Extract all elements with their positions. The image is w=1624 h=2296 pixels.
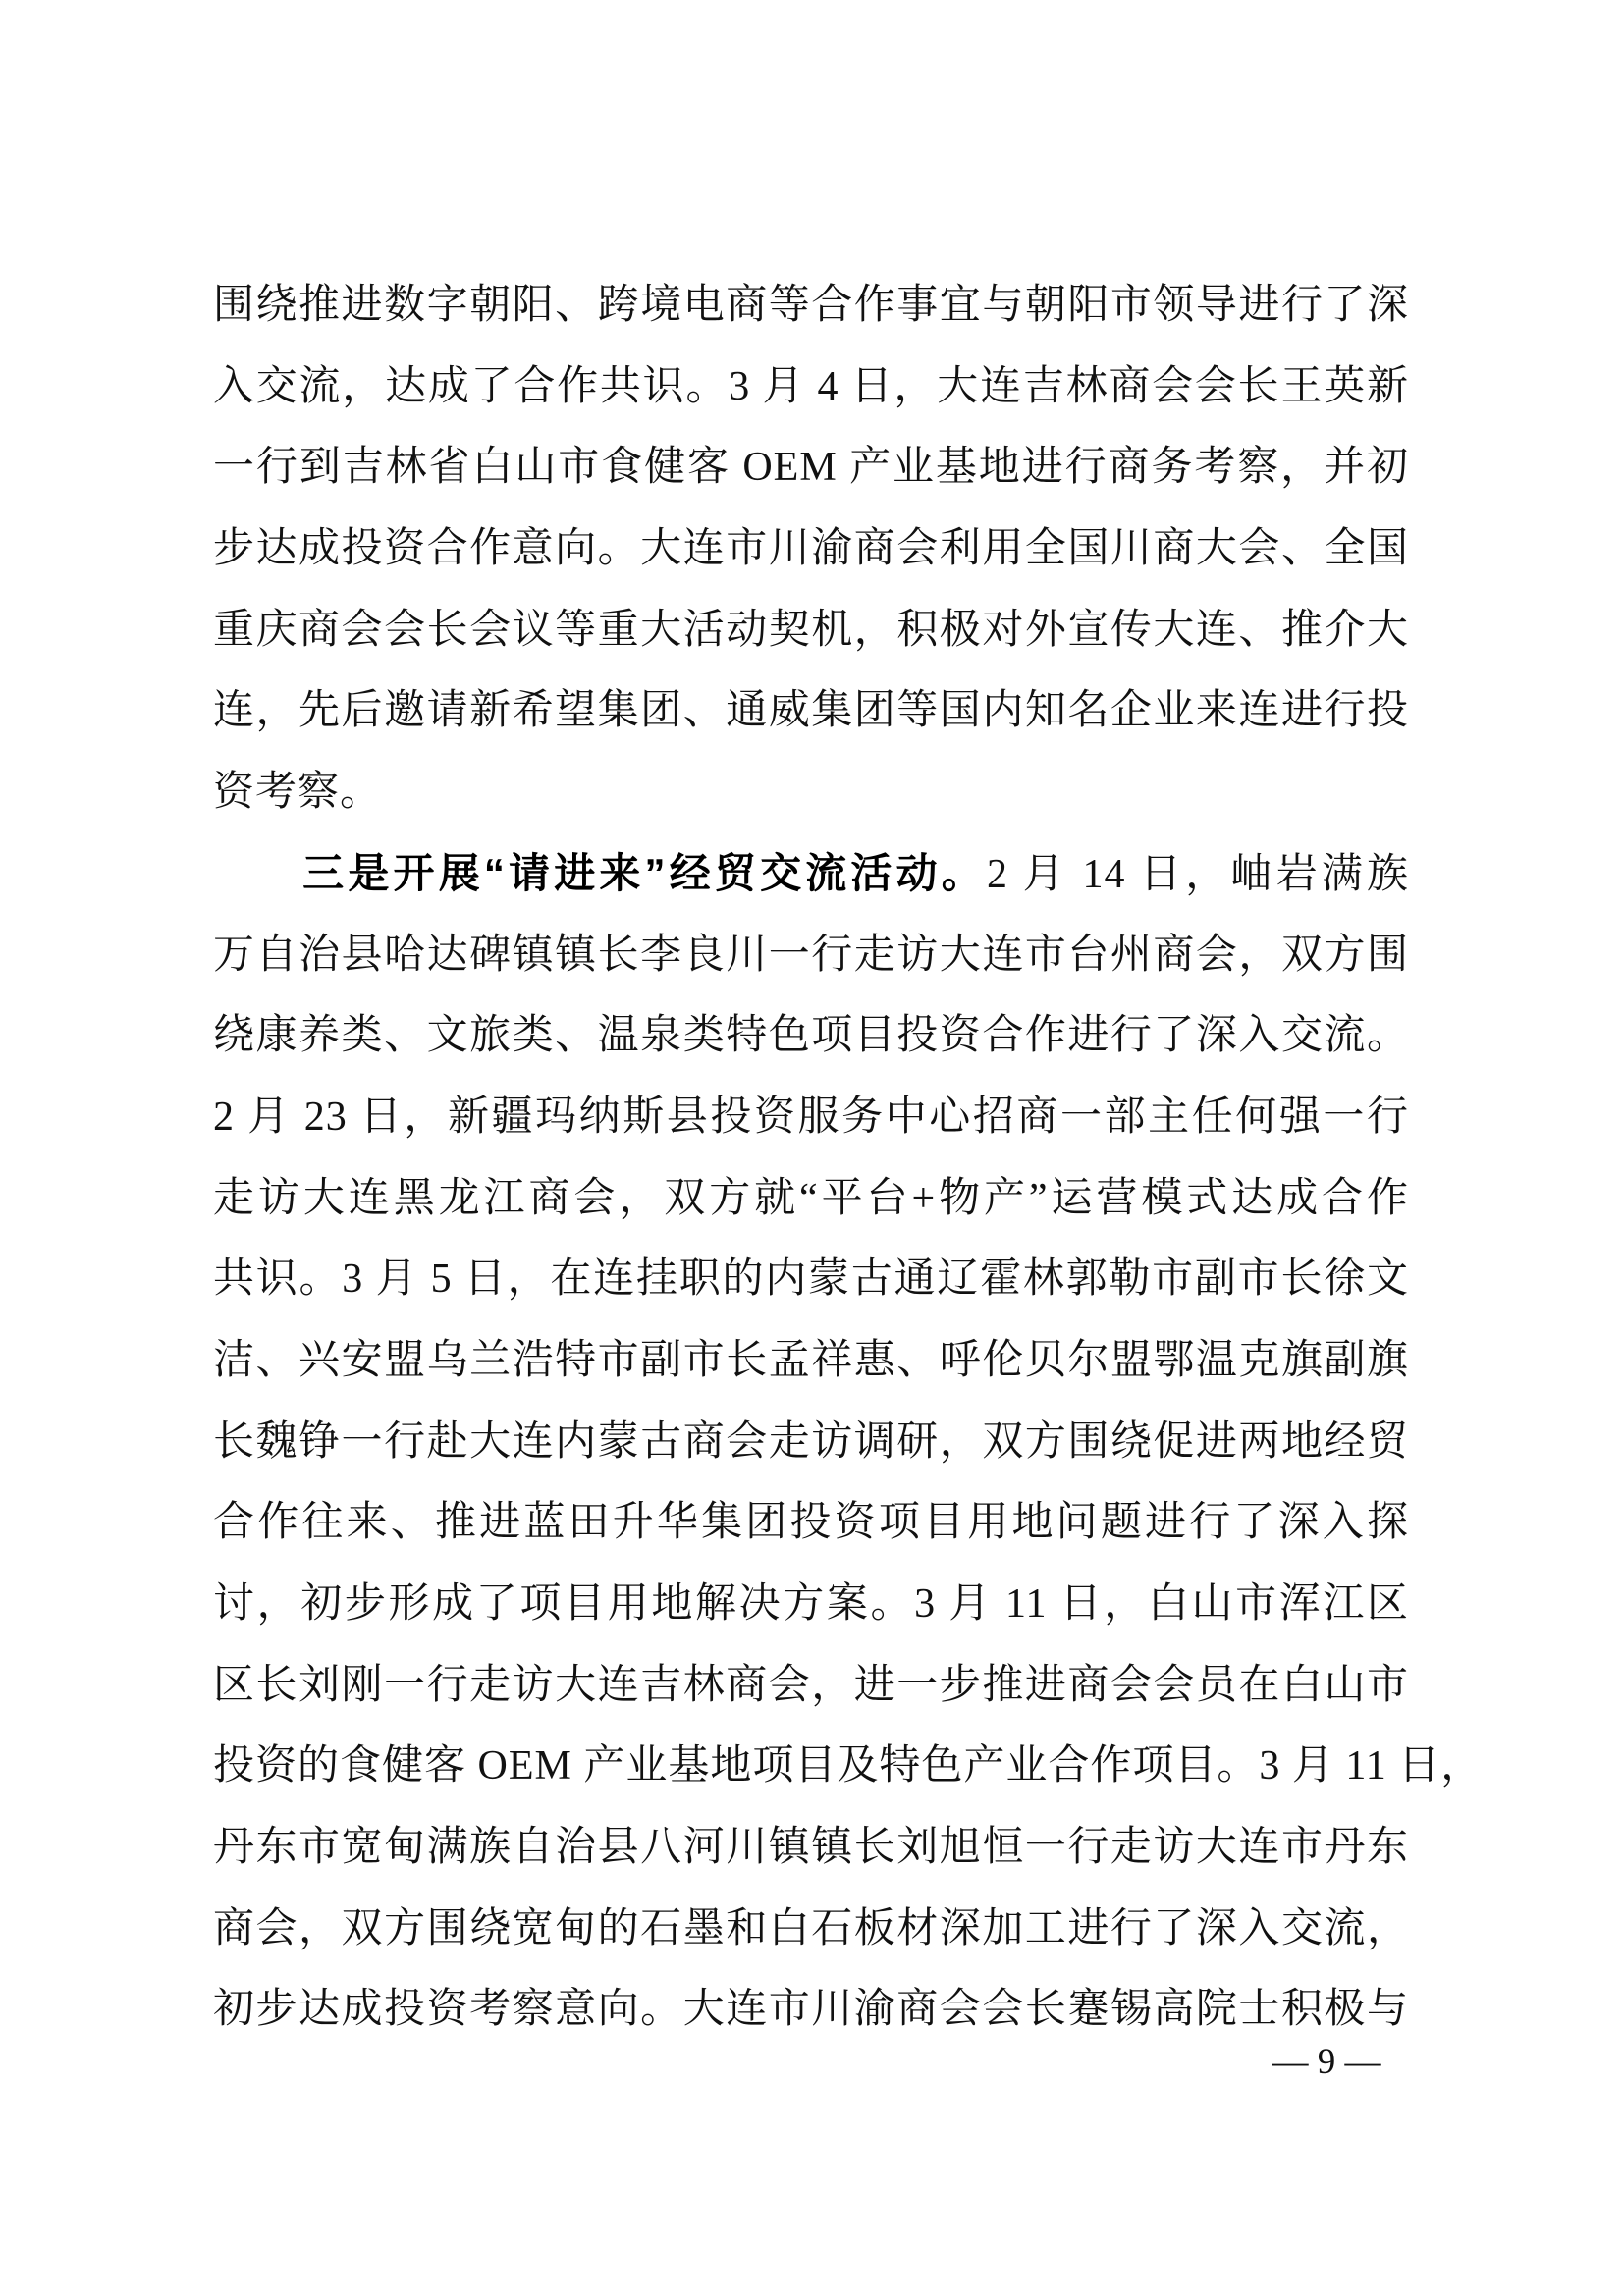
body-line: 万自治县哈达碑镇镇长李良川一行走访大连市台州商会，双方围: [213, 915, 1409, 996]
body-line: 合作往来、推进蓝田升华集团投资项目用地问题进行了深入探: [213, 1482, 1409, 1564]
page-number: — 9 —: [1258, 2040, 1395, 2085]
body-line: 投资的食健客 OEM 产业基地项目及特色产业合作项目。3 月 11 日，: [213, 1726, 1409, 1807]
body-line: 初步达成投资考察意向。大连市川渝商会会长蹇锡高院士积极与: [213, 1969, 1409, 2051]
body-line: 2 月 23 日，新疆玛纳斯县投资服务中心招商一部主任何强一行: [213, 1077, 1409, 1158]
body-line: 重庆商会会长会议等重大活动契机，积极对外宣传大连、推介大: [213, 590, 1409, 671]
body-line-paragraph-end: 资考察。: [213, 752, 1409, 833]
body-line: 共识。3 月 5 日，在连挂职的内蒙古通辽霍林郭勒市副市长徐文: [213, 1239, 1409, 1320]
body-line: 围绕推进数字朝阳、跨境电商等合作事宜与朝阳市领导进行了深: [213, 265, 1409, 347]
paragraph-lead-rest: 2 月 14 日，岫岩满族: [987, 852, 1409, 897]
body-line: 丹东市宽甸满族自治县八河川镇镇长刘旭恒一行走访大连市丹东: [213, 1807, 1409, 1889]
paragraph-lead-bold-heading: 三是开展“请进来”经贸交流活动。: [299, 850, 987, 896]
body-line: 走访大连黑龙江商会，双方就“平台+物产”运营模式达成合作: [213, 1158, 1409, 1240]
body-line: 商会，双方围绕宽甸的石墨和白石板材深加工进行了深入交流，: [213, 1889, 1409, 1970]
body-line: 一行到吉林省白山市食健客 OEM 产业基地进行商务考察，并初: [213, 427, 1409, 508]
body-line: 步达成投资合作意向。大连市川渝商会利用全国川商大会、全国: [213, 508, 1409, 590]
body-line: 长魏铮一行赴大连内蒙古商会走访调研，双方围绕促进两地经贸: [213, 1402, 1409, 1483]
paragraph-lead-line: 三是开展“请进来”经贸交流活动。2 月 14 日，岫岩满族: [213, 833, 1409, 915]
document-body: 围绕推进数字朝阳、跨境电商等合作事宜与朝阳市领导进行了深 入交流，达成了合作共识…: [213, 265, 1409, 2051]
document-page: 围绕推进数字朝阳、跨境电商等合作事宜与朝阳市领导进行了深 入交流，达成了合作共识…: [0, 0, 1624, 2296]
body-line: 连，先后邀请新希望集团、通威集团等国内知名企业来连进行投: [213, 670, 1409, 752]
body-line: 洁、兴安盟乌兰浩特市副市长孟祥惠、呼伦贝尔盟鄂温克旗副旗: [213, 1320, 1409, 1402]
body-line: 入交流，达成了合作共识。3 月 4 日，大连吉林商会会长王英新: [213, 347, 1409, 428]
body-line: 讨，初步形成了项目用地解决方案。3 月 11 日，白山市浑江区: [213, 1564, 1409, 1645]
body-line: 绕康养类、文旅类、温泉类特色项目投资合作进行了深入交流。: [213, 995, 1409, 1077]
body-line: 区长刘刚一行走访大连吉林商会，进一步推进商会会员在白山市: [213, 1645, 1409, 1727]
paragraph-indent: [213, 886, 299, 887]
